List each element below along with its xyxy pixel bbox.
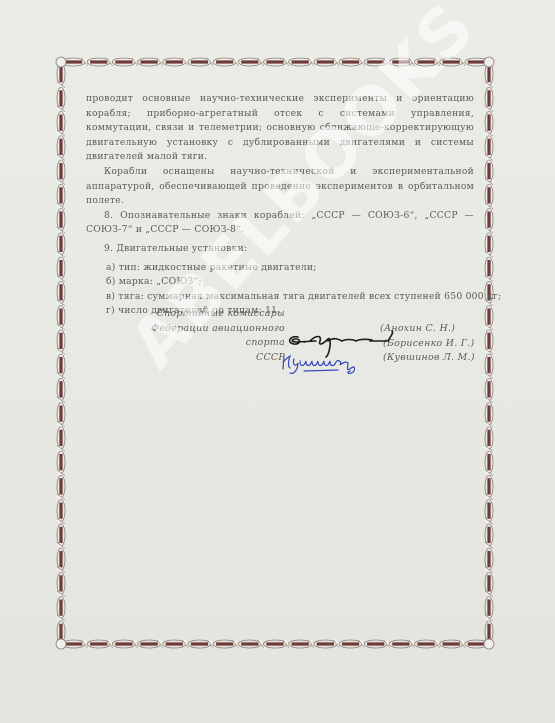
commissioners-title: Спортивные комиссары Федерации авиационн… bbox=[140, 307, 285, 365]
engine-item-type: а) тип: жидкостные ракетные двигатели; bbox=[86, 261, 474, 276]
paragraph-identification: 8. Опознавательные знаки кораблей: „СССР… bbox=[86, 209, 474, 238]
paragraph-compartments: проводит основные научно-технические экс… bbox=[86, 92, 474, 165]
signatory-borisenko: (Борисенко И. Г.) bbox=[383, 337, 475, 352]
signatory-kuvshinov: (Кувшинов Л. М.) bbox=[383, 351, 475, 366]
engine-item-thrust: в) тяга: суммарная максимальная тяга дви… bbox=[86, 290, 474, 305]
commissioners-names: (Анохин С. Н.) (Борисенко И. Г.) (Кувшин… bbox=[383, 336, 475, 380]
paragraph-equipment: Корабли оснащены научно-технической и эк… bbox=[86, 165, 474, 209]
document-page: проводит основные научно-технические экс… bbox=[0, 0, 555, 723]
engine-item-brand: б) марка: „СОЮЗ“; bbox=[86, 275, 474, 290]
signature-block: Спортивные комиссары Федерации авиационн… bbox=[140, 307, 470, 387]
document-body: проводит основные научно-технические экс… bbox=[86, 92, 474, 319]
blue-signature-icon bbox=[280, 351, 370, 381]
paragraph-engines-heading: 9. Двигательные установки: bbox=[86, 242, 474, 257]
